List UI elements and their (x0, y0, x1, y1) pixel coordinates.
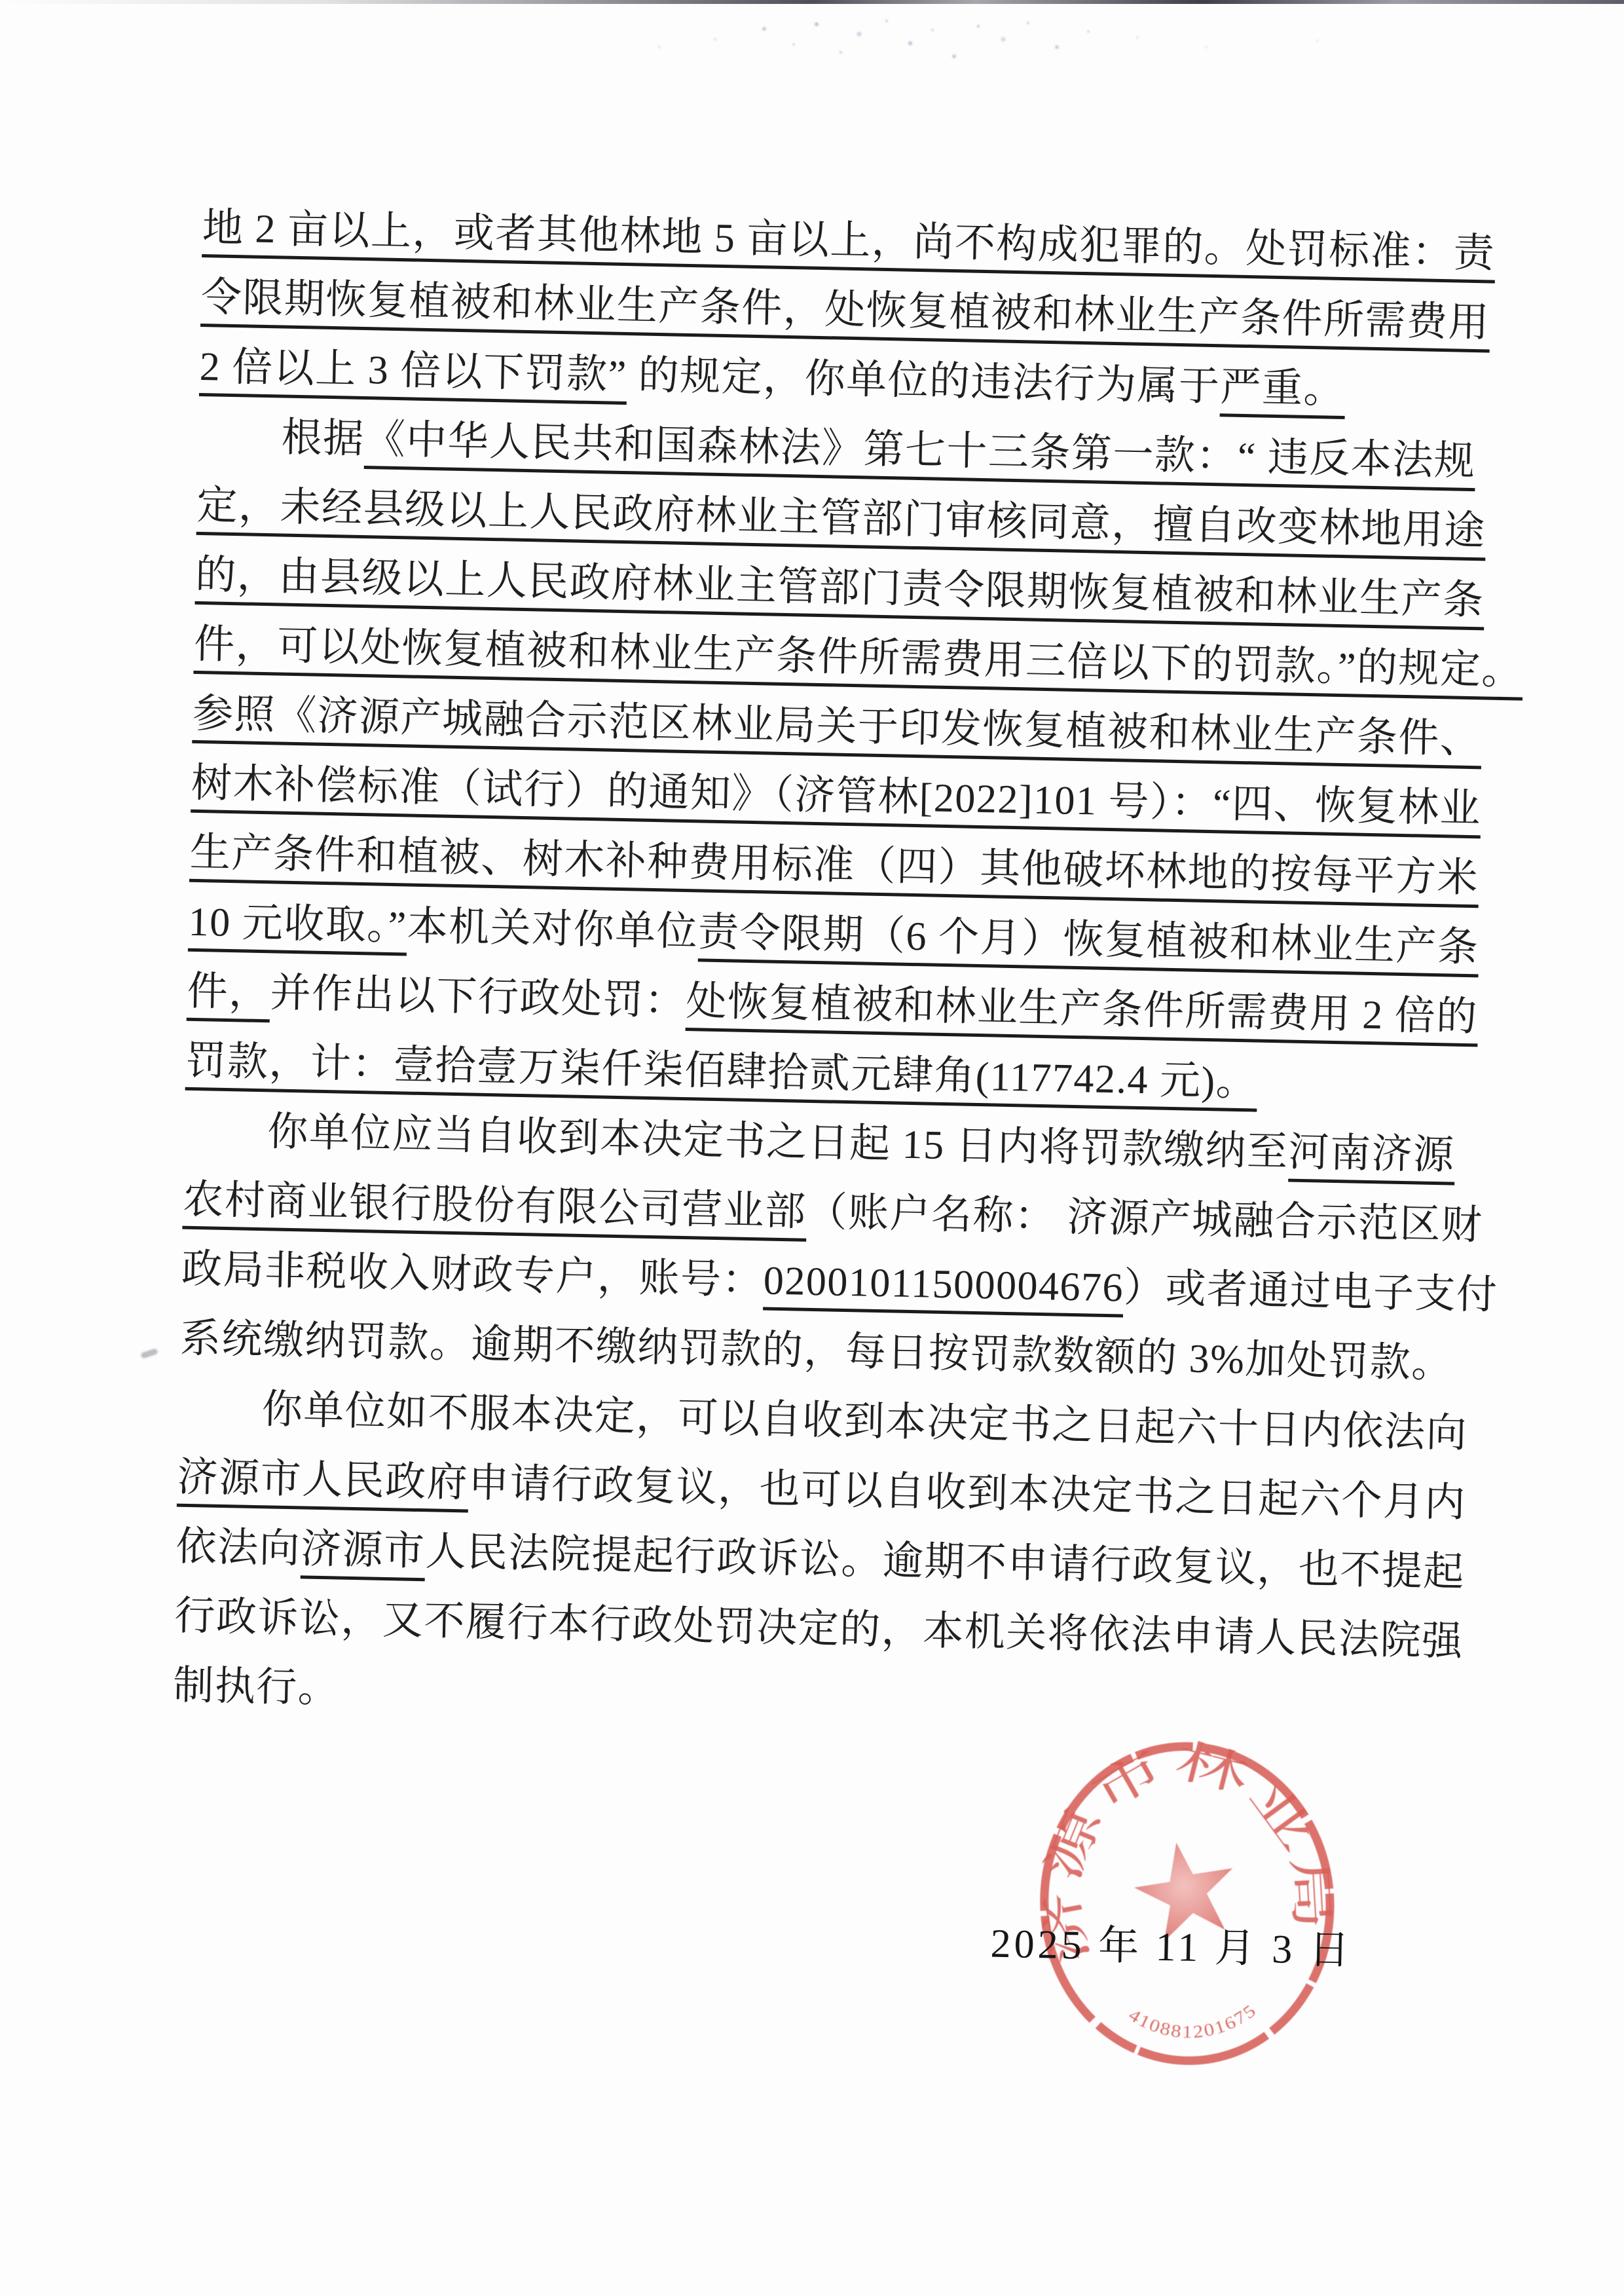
official-seal: 济源市林业局 4108812016755 (1022, 1724, 1359, 2085)
plain-text: 你单位应当自收到本决定书之日起 15 日内将罚款缴纳至 (267, 1110, 1289, 1174)
plain-text: 并作出以下行政处罚： (270, 971, 686, 1024)
underlined-text: 济源市 (300, 1527, 426, 1581)
underlined-text: 10 元收取。” (188, 900, 408, 956)
document-body: 地 2 亩以上，或者其他林地 5 亩以上，尚不构成犯罪的。处罚标准：责令限期恢复… (172, 196, 1519, 1750)
underlined-text: 河南济源 (1288, 1130, 1456, 1185)
underlined-text: 农村商业银行股份有限公司营业部 (182, 1178, 807, 1242)
plain-text: ）或者通过电子支付 (1123, 1266, 1498, 1318)
plain-text: 本机关对你单位 (407, 904, 699, 954)
scan-smudge-artifact (140, 1348, 158, 1359)
underlined-text: 02001011500004676 (763, 1259, 1124, 1318)
underlined-text: 严重。 (1220, 365, 1346, 419)
scanned-document-page: 济源市林业局 4108812016755 地 2 亩以上，或者其他林地 5 亩以… (0, 0, 1624, 2295)
underlined-text: 济源市人民政府 (177, 1455, 469, 1513)
plain-text: 制执行。 (173, 1664, 340, 1711)
plain-text: 人民法院提起行政诉讼。逾期不申请行政复议，也不提起 (425, 1529, 1466, 1595)
underlined-text: 罚款，计：壹拾壹万柒仟柒佰肆拾贰元肆角(117742.4 元)。 (185, 1039, 1258, 1112)
underlined-text: 责令限期（6 个月）恢复植被和林业生产条 (697, 910, 1479, 977)
plain-text: 依法向 (175, 1525, 301, 1572)
plain-text: 根据 (281, 415, 365, 462)
underlined-text: 2 倍以上 3 倍以下罚款” (199, 345, 627, 405)
underlined-text: 处恢复植被和林业生产条件所需费用 2 倍的 (686, 979, 1479, 1047)
scan-noise-artifact (0, 0, 3, 3)
plain-text: 申请行政复议，也可以自收到本决定书之日起六个月内 (468, 1461, 1466, 1526)
date-text: 2025 年 11 月 3 日 (990, 1911, 1354, 1976)
scan-edge-artifact (0, 0, 1624, 4)
text-block: 地 2 亩以上，或者其他林地 5 亩以上，尚不构成犯罪的。处罚标准：责令限期恢复… (172, 196, 1519, 1750)
underlined-text: 件， (187, 969, 271, 1023)
plain-text: 政局非税收入财政专户，账号： (181, 1247, 764, 1303)
plain-text: 的规定，你单位的违法行为属于 (627, 353, 1221, 409)
underlined-text: 《中华人民共和国森林法》第七十三条第一款：“ 违反本法规 (364, 417, 1476, 491)
plain-text: （账户名称： 济源产城融合示范区财 (806, 1190, 1483, 1248)
